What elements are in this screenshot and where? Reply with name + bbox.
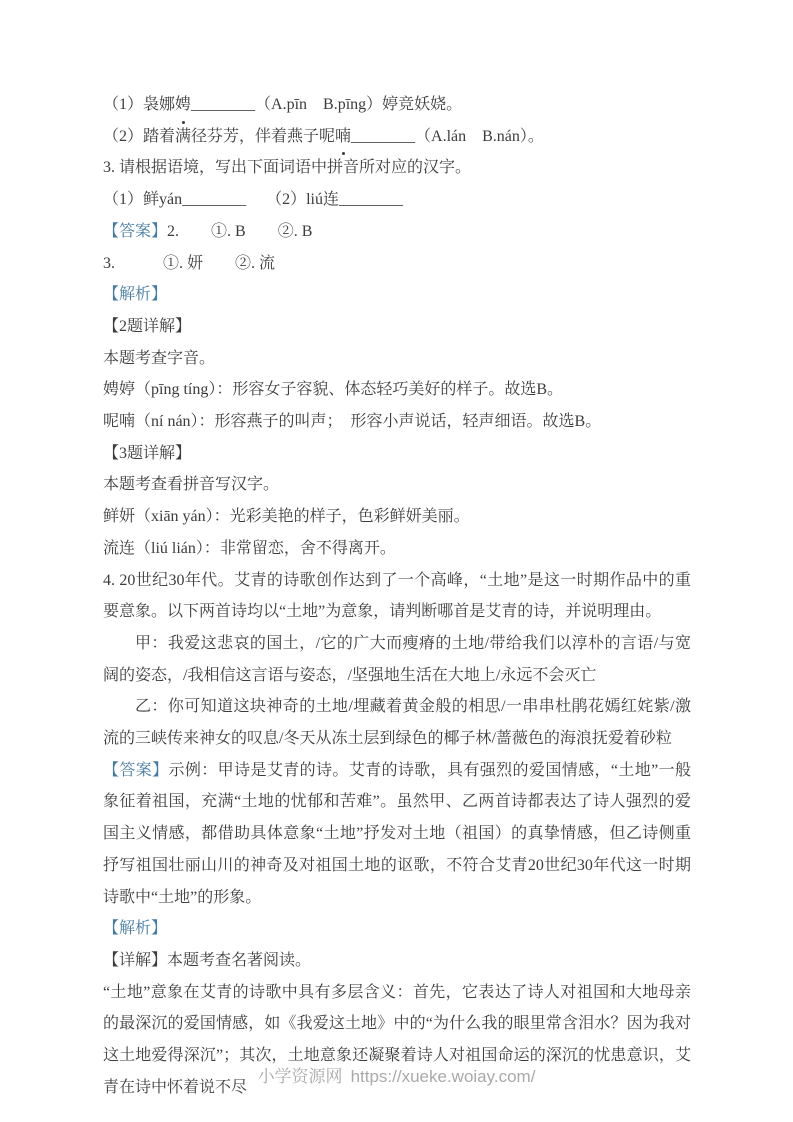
detail-q3-para-2: 鲜妍（xiān yán）：光彩美艳的样子，色彩鲜妍美丽。 xyxy=(103,501,691,533)
answer-marker: 【答案】 xyxy=(103,223,167,240)
q4-poem-yi: 乙：你可知道这块神奇的土地/埋藏着黄金般的相思/一串串杜鹃花嫣红姹紫/激流的三峡… xyxy=(103,691,691,754)
footer-url: https://xueke.woiay.com/ xyxy=(351,1067,536,1086)
q2-option-line-1-pre: （1）袅娜 xyxy=(103,96,175,113)
detail-q3-para-3: 流连（liú lián）：非常留恋，舍不得离开。 xyxy=(103,533,691,565)
answer-q2-text: 2. ①. B ②. B xyxy=(167,223,312,240)
q4-poem-jia: 甲：我爱这悲哀的国土，/它的广大而瘦瘠的土地/带给我们以淳朴的言语/与宽阔的姿态… xyxy=(103,628,691,691)
q3-stem: 3. 请根据语境，写出下面词语中拼音所对应的汉字。 xyxy=(103,152,691,184)
answer-q2-line: 【答案】2. ①. B ②. B xyxy=(103,216,691,248)
answer-q3-line: 3. ①. 妍 ②. 流 xyxy=(103,248,691,280)
q3-blank-items: （1）鲜yán________ （2）liú连________ xyxy=(103,184,691,216)
q4-stem: 4. 20世纪30年代。艾青的诗歌创作达到了一个高峰，“土地”是这一时期作品中的… xyxy=(103,565,691,628)
footer-site-name: 小学资源网 xyxy=(258,1067,343,1086)
detail-q2-para-1: 本题考查字音。 xyxy=(103,343,691,375)
analysis-marker: 【解析】 xyxy=(103,286,167,303)
detail-q2-header: 【2题详解】 xyxy=(103,311,691,343)
detail-q2-para-2: 娉婷（pīng tíng）：形容女子容貌、体态轻巧美好的样子。故选B。 xyxy=(103,374,691,406)
answer-q4-para: 【答案】示例：甲诗是艾青的诗。艾青的诗歌，具有强烈的爱国情感，“土地”一般象征着… xyxy=(103,755,691,914)
answer-marker: 【答案】 xyxy=(103,762,169,779)
q2-option-line-2-post: ________（A.lán B.nán）。 xyxy=(351,128,544,145)
emphasized-char: 喃 xyxy=(335,121,351,153)
answer-q4-text: 示例：甲诗是艾青的诗。艾青的诗歌，具有强烈的爱国情感，“土地”一般象征着祖国，充… xyxy=(103,762,691,906)
exam-document-page: （1）袅娜娉________（A.pīn B.pīng）婷竞妖娆。 （2）踏着满… xyxy=(103,89,691,1104)
q2-option-line-1-post: ________（A.pīn B.pīng）婷竞妖娆。 xyxy=(191,96,462,113)
analysis-marker: 【解析】 xyxy=(103,920,167,937)
detail-q2-para-3: 呢喃（ní nán）：形容燕子的叫声； 形容小声说话，轻声细语。故选B。 xyxy=(103,406,691,438)
q2-option-line-2: （2）踏着满径芬芳，伴着燕子呢喃________（A.lán B.nán）。 xyxy=(103,121,691,153)
analysis-marker-1: 【解析】 xyxy=(103,279,691,311)
watermark-footer: 小学资源网https://xueke.woiay.com/ xyxy=(0,1062,793,1087)
q2-option-line-2-pre: （2）踏着满径芬芳，伴着燕子呢 xyxy=(103,128,335,145)
q2-option-line-1: （1）袅娜娉________（A.pīn B.pīng）婷竞妖娆。 xyxy=(103,89,691,121)
detail-q3-header: 【3题详解】 xyxy=(103,438,691,470)
detail-q4-para-1: 【详解】本题考查名著阅读。 xyxy=(103,945,691,977)
analysis-marker-2: 【解析】 xyxy=(103,913,691,945)
emphasized-char: 娉 xyxy=(175,89,191,121)
detail-q3-para-1: 本题考查看拼音写汉字。 xyxy=(103,469,691,501)
